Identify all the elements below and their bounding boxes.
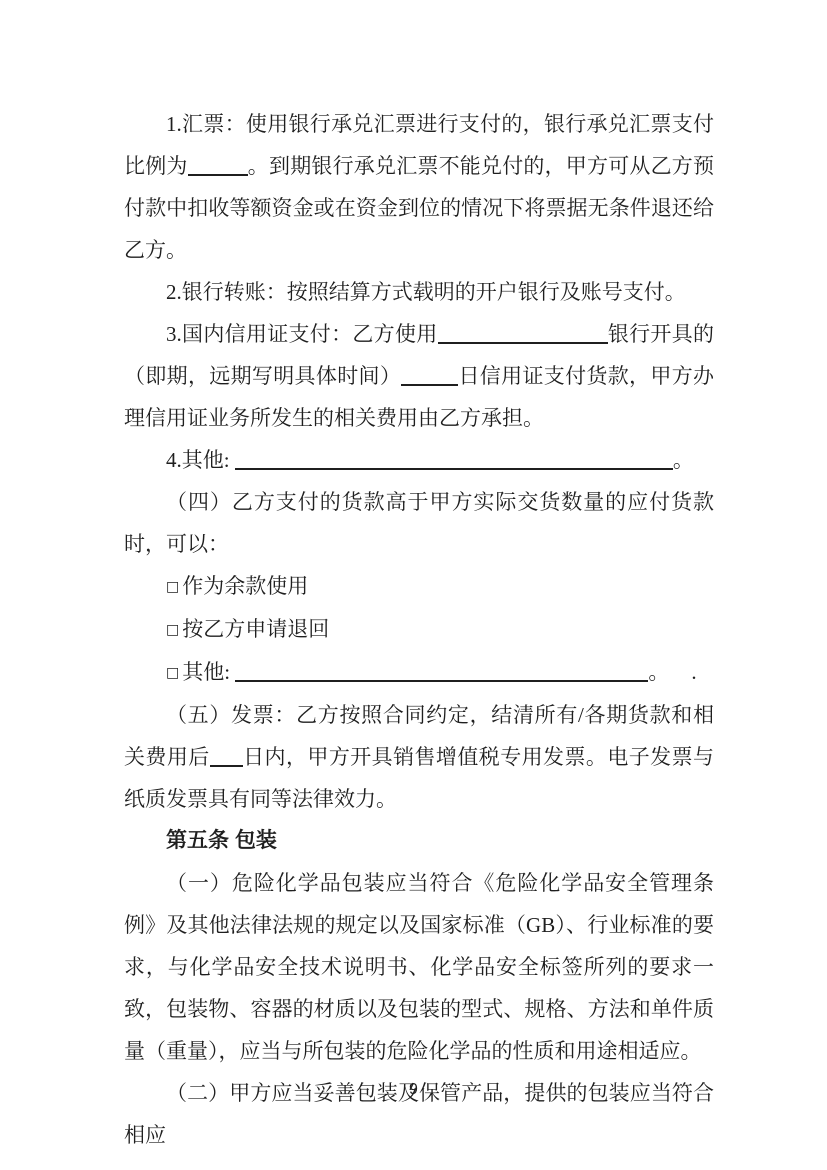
- blank-fill-in-field[interactable]: [235, 464, 673, 470]
- text-segment: 2.银行转账：按照结算方式载明的开户银行及账号支付。: [166, 280, 686, 304]
- spacer: [669, 678, 691, 679]
- text-segment: 3.国内信用证支付：乙方使用: [166, 322, 438, 346]
- text-segment: 第五条 包装: [166, 829, 277, 852]
- document-body: 1.汇票：使用银行承兑汇票进行支付的，银行承兑汇票支付比例为。到期银行承兑汇票不…: [124, 103, 714, 1156]
- para-overpayment-clause: （四）乙方支付的货款高于甲方实际交货数量的应付货款时，可以：: [124, 481, 714, 565]
- blank-fill-in-field[interactable]: [438, 338, 608, 344]
- option-refund-on-request: □按乙方申请退回: [124, 608, 714, 651]
- text-segment: 其他:: [182, 660, 235, 684]
- checkbox-icon[interactable]: □: [166, 665, 179, 681]
- blank-fill-in-field[interactable]: [188, 170, 248, 176]
- text-segment: 日内，甲方开具销售增值税专用发票。电子发票与纸质发票具有同等法律效力。: [124, 745, 714, 811]
- para-bank-transfer: 2.银行转账：按照结算方式载明的开户银行及账号支付。: [124, 271, 714, 313]
- text-segment: 作为余款使用: [182, 574, 308, 598]
- para-other-payment-method: 4.其他: 。: [124, 439, 714, 481]
- heading-article-5-packaging: 第五条 包装: [124, 820, 714, 862]
- text-segment: .: [691, 660, 696, 684]
- blank-fill-in-field[interactable]: [210, 761, 243, 767]
- checkbox-icon[interactable]: □: [166, 622, 179, 638]
- text-segment: 4.其他:: [166, 448, 235, 472]
- text-segment: （一）危险化学品包装应当符合《危险化学品安全管理条例》及其他法律法规的规定以及国…: [124, 871, 714, 1063]
- text-segment: 。: [648, 660, 669, 684]
- para-packaging-standards: （一）危险化学品包装应当符合《危险化学品安全管理条例》及其他法律法规的规定以及国…: [124, 862, 714, 1072]
- blank-fill-in-field[interactable]: [235, 676, 648, 682]
- blank-fill-in-field[interactable]: [401, 380, 458, 386]
- text-segment: 按乙方申请退回: [182, 617, 329, 641]
- page-number: 9: [0, 1081, 827, 1099]
- text-segment: 。: [673, 448, 694, 472]
- text-segment: （四）乙方支付的货款高于甲方实际交货数量的应付货款时，可以：: [124, 490, 714, 556]
- checkbox-icon[interactable]: □: [166, 579, 179, 595]
- option-use-as-balance: □作为余款使用: [124, 565, 714, 608]
- para-domestic-letter-of-credit: 3.国内信用证支付：乙方使用银行开具的（即期，远期写明具体时间）日信用证支付货款…: [124, 313, 714, 439]
- option-other: □其他: 。.: [124, 651, 714, 694]
- para-invoice-clause: （五）发票：乙方按照合同约定，结清所有/各期货款和相关费用后日内，甲方开具销售增…: [124, 694, 714, 820]
- document-page: 1.汇票：使用银行承兑汇票进行支付的，银行承兑汇票支付比例为。到期银行承兑汇票不…: [0, 0, 827, 1170]
- para-bank-acceptance-draft: 1.汇票：使用银行承兑汇票进行支付的，银行承兑汇票支付比例为。到期银行承兑汇票不…: [124, 103, 714, 271]
